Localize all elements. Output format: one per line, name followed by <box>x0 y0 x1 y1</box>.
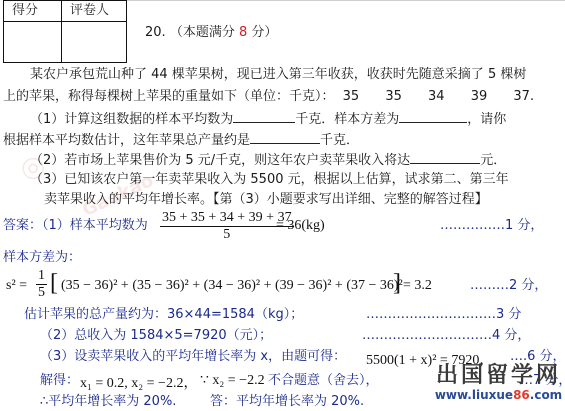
header-score: 得分 <box>4 1 62 21</box>
part3-line-2: 卖苹果收入的平均年增长率。【第（3）小题要求写出详细、完整的解答过程】 <box>44 192 488 208</box>
top-divider <box>127 0 565 1</box>
growth-setup: （3）设卖苹果收入的平均年增长率为 x，由题可得： <box>40 349 346 365</box>
weight: 35 <box>343 89 360 104</box>
mean-result: = 36(kg) <box>276 218 325 234</box>
question-header: 20. （本题满分 8 分） <box>145 25 277 41</box>
intro-line-2: 上的苹果，称得每棵树上苹果的重量如下（单位：千克）： 35 35 34 39 3… <box>3 89 534 105</box>
answer-label: 答案：（1）样本平均数为 <box>3 218 148 234</box>
score-3: …………………………3 分 <box>366 307 521 323</box>
question-number: 20. <box>145 25 166 40</box>
full-marks-value: 8 <box>239 25 247 40</box>
variance-terms: (35 − 36)² + (35 − 36)² + (34 − 36)² + (… <box>61 278 403 294</box>
logo-url: www.liuxue86.com <box>432 388 565 402</box>
income-line: （2）总收入为 1584×5=7920（元）； <box>40 328 272 344</box>
solve-reject-text: 不合题意（舍去）， <box>268 373 379 389</box>
grader-cell[interactable] <box>62 22 126 62</box>
part3-line-1: （3）已知该农户第一年卖苹果收入为 5500 元，根据以上估算，试求第二、第三年 <box>30 172 509 188</box>
mean-denominator: 5 <box>223 227 230 243</box>
part1-line-2: 根据样本平均数估计，这年苹果总产量约是千克． <box>3 131 359 149</box>
part2-line: （2）若市场上苹果售价为 5 元/千克，则这年农户卖苹果收入将达元． <box>30 151 506 169</box>
logo-cn: 出国留学网 <box>432 364 565 388</box>
variance-blank[interactable] <box>399 110 467 123</box>
income-blank[interactable] <box>410 151 480 164</box>
weight: 39 <box>471 89 488 104</box>
variance-result: = 3.2 <box>403 278 432 294</box>
part1-line-1: （1）计算这组数据的样本平均数为千克．样本方差为，请你 <box>30 110 506 128</box>
header-grader: 评卷人 <box>62 1 126 21</box>
final-answer: 答：平均年增长率为 20%. <box>210 394 364 410</box>
score-1: ……………1 分， <box>440 218 543 234</box>
mean-blank[interactable] <box>233 110 295 123</box>
variance-coefficient: 1 5 <box>36 268 47 301</box>
solve-reject: ∵ x₂ = −2.2 <box>200 372 265 389</box>
total-blank[interactable] <box>250 131 320 144</box>
score-table-body <box>4 22 126 62</box>
total-output: 估计苹果的总产量约为：36×44=1584（kg）； <box>24 307 303 323</box>
score-4: …………………………4 分， <box>362 328 530 344</box>
weight: 34 <box>428 89 445 104</box>
score-table: 得分 评卷人 <box>3 0 127 63</box>
score-2: ………2 分， <box>470 278 547 294</box>
conclusion: ∴平均年增长率为 20%. <box>40 394 176 410</box>
bracket-close: ] <box>393 270 401 296</box>
score-cell[interactable] <box>4 22 62 62</box>
score-table-header: 得分 评卷人 <box>4 1 126 22</box>
weight: 37. <box>513 89 534 104</box>
full-marks-prefix: （本题满分 <box>170 25 235 40</box>
variance-lhs: s² = <box>6 278 27 294</box>
full-marks-suffix: 分） <box>251 25 277 40</box>
bracket-open: [ <box>50 270 58 296</box>
solve-label: 解得： <box>40 373 79 389</box>
mean-fraction: 35 + 35 + 34 + 39 + 37 5 <box>160 210 294 243</box>
variance-label: 样本方差为： <box>3 250 81 266</box>
mean-numerator: 35 + 35 + 34 + 39 + 37 <box>160 210 294 226</box>
intro-line-1: 某农户承包荒山种了 44 棵苹果树，现已进入第三年收获，收获时先随意采摘了 5 … <box>30 67 526 83</box>
weight: 35 <box>385 89 402 104</box>
site-logo-watermark: 出国留学网 www.liuxue86.com <box>432 364 565 402</box>
solve-roots: x₁ = 0.2, x₂ = −2.2， <box>80 372 197 392</box>
